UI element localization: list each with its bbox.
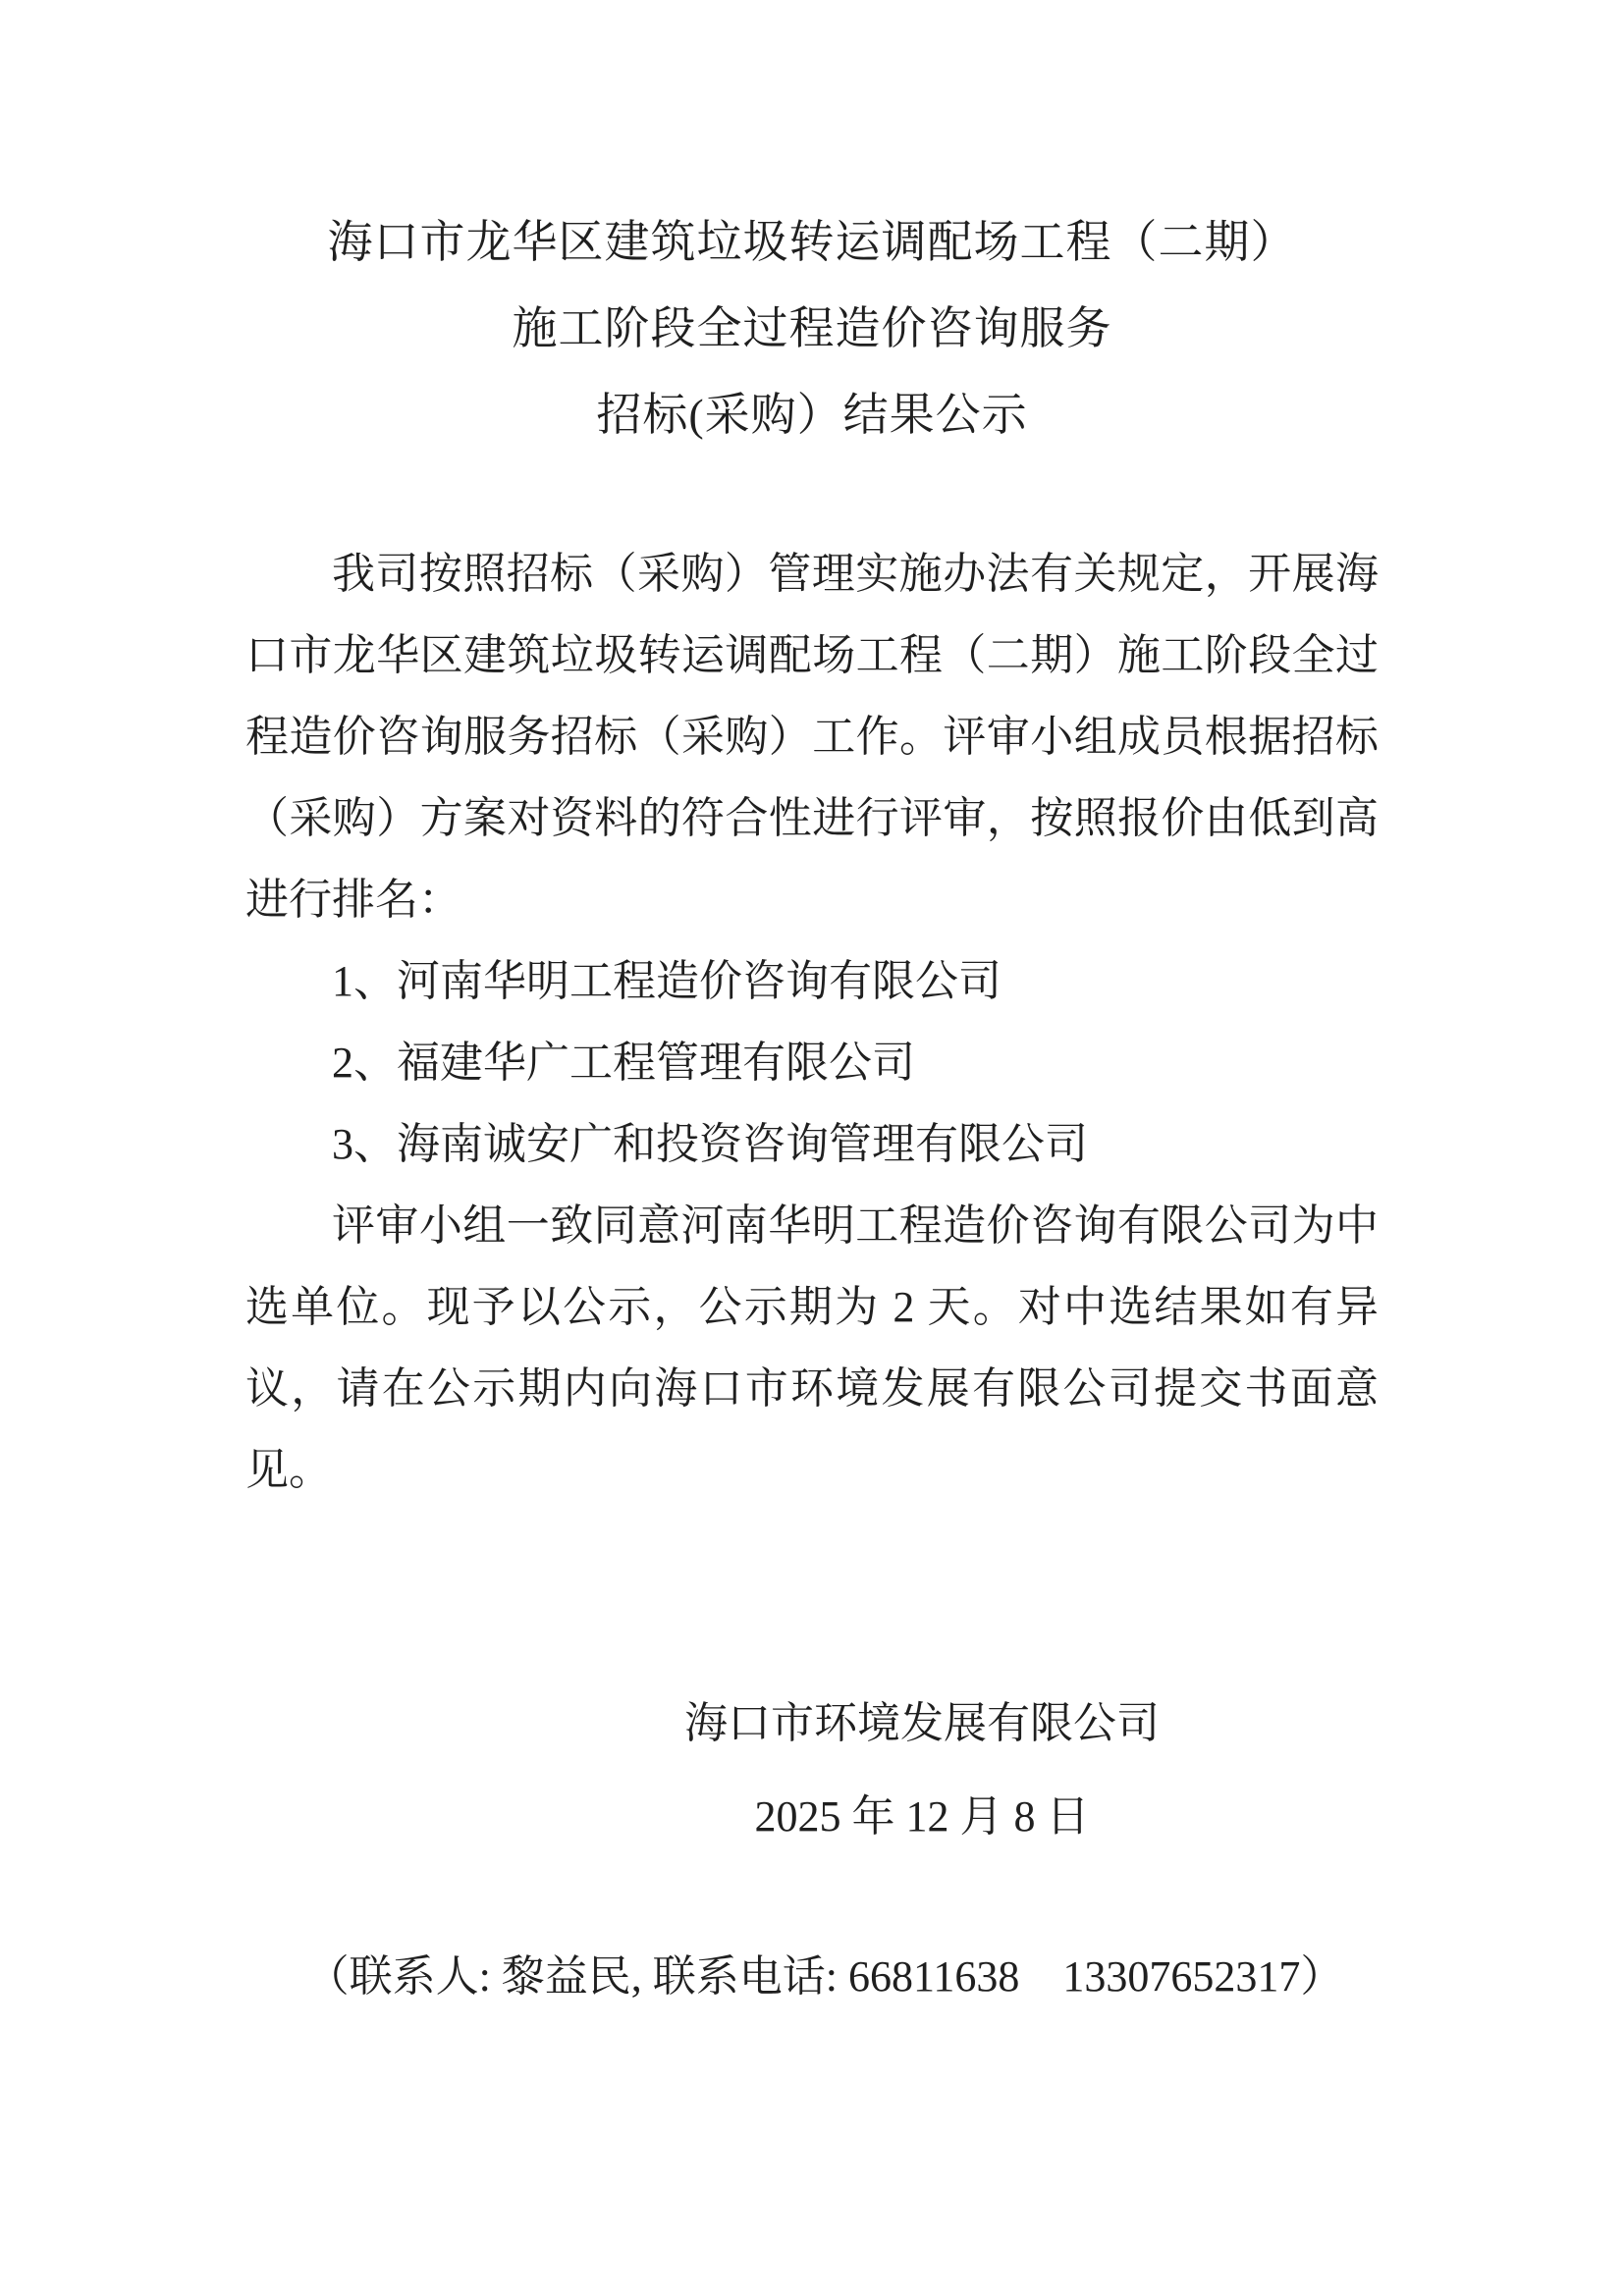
document-title: 海口市龙华区建筑垃圾转运调配场工程（二期） 施工阶段全过程造价咨询服务 招标(采… (245, 199, 1379, 458)
issuer-company-name: 海口市环境发展有限公司 (355, 1682, 1489, 1764)
paragraph-selection-result: 评审小组一致同意河南华明工程造价咨询有限公司为中选单位。现予以公示，公示期为 2… (245, 1185, 1379, 1511)
title-line-service: 施工阶段全过程造价咨询服务 (245, 286, 1379, 372)
ranked-bidder-2: 2、福建华广工程管理有限公司 (245, 1022, 1379, 1103)
ranked-bidder-1: 1、河南华明工程造价咨询有限公司 (245, 940, 1379, 1022)
title-line-result: 招标(采购）结果公示 (245, 372, 1379, 458)
document-body: 我司按照招标（采购）管理实施办法有关规定，开展海口市龙华区建筑垃圾转运调配场工程… (245, 533, 1379, 1511)
paragraph-tender-process: 我司按照招标（采购）管理实施办法有关规定，开展海口市龙华区建筑垃圾转运调配场工程… (245, 533, 1379, 940)
ranked-bidder-list: 1、河南华明工程造价咨询有限公司 2、福建华广工程管理有限公司 3、海南诚安广和… (245, 940, 1379, 1185)
announcement-page: 海口市龙华区建筑垃圾转运调配场工程（二期） 施工阶段全过程造价咨询服务 招标(采… (0, 0, 1624, 2296)
title-line-project: 海口市龙华区建筑垃圾转运调配场工程（二期） (245, 199, 1379, 286)
signature-block: 海口市环境发展有限公司 2025 年 12 月 8 日 (355, 1682, 1489, 1857)
contact-info: （联系人: 黎益民, 联系电话: 66811638 13307652317） (258, 1936, 1391, 2017)
issue-date: 2025 年 12 月 8 日 (355, 1776, 1489, 1857)
ranked-bidder-3: 3、海南诚安广和投资咨询管理有限公司 (245, 1103, 1379, 1185)
